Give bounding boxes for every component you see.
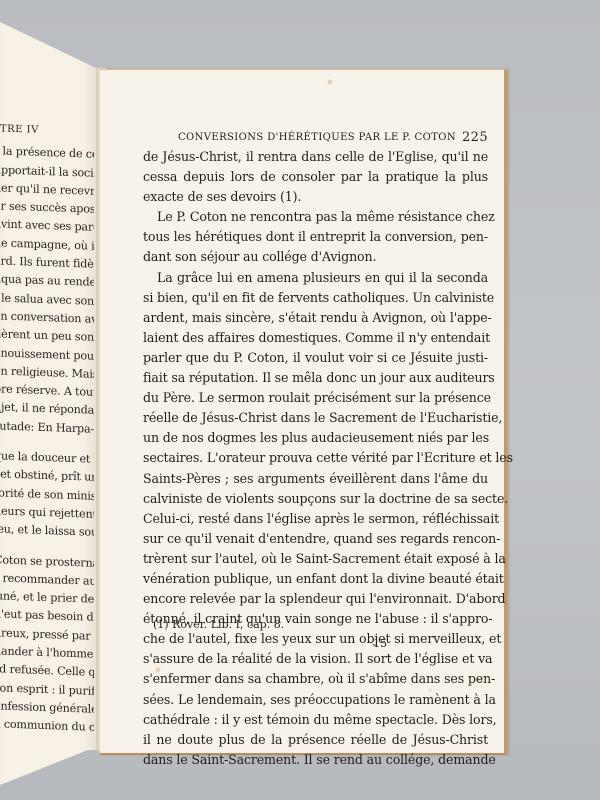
text-line: réelle de Jésus-Christ dans le Sacrement… <box>143 408 488 428</box>
text-line: parler que du P. Coton, il voulut voir s… <box>143 348 488 368</box>
text-line: sectaires. L'orateur prouva cette vérité… <box>143 448 488 468</box>
text-line: sur ce qu'il venait d'entendre, quand se… <box>143 529 488 549</box>
text-line: exacte de ses devoirs (1). <box>143 187 488 207</box>
paragraph: La grâce lui en amena plusieurs en qui i… <box>143 268 488 770</box>
text-line: che de l'autel, fixe les yeux sur un obj… <box>143 629 488 649</box>
text-line: Celui-ci, resté dans l'église après le s… <box>143 509 488 529</box>
left-running-head: TRE IV <box>0 120 94 142</box>
text-line: cessa depuis lors de consoler par la pra… <box>143 167 488 187</box>
left-text-line: utade: En Harpa- <box>0 417 94 439</box>
left-page: TRE IV r la présence de ceuxupportait-il… <box>0 0 100 800</box>
text-line: cathédrale : il y est témoin du même spe… <box>143 710 488 730</box>
text-line: fiait sa réputation. Il se mêla donc un … <box>143 368 488 388</box>
text-line: La grâce lui en amena plusieurs en qui i… <box>143 268 488 288</box>
left-page-text: TRE IV r la présence de ceuxupportait-il… <box>0 120 94 737</box>
running-head: CONVERSIONS D'HÉRÉTIQUES PAR LE P. COTON… <box>143 131 488 147</box>
body-text: de Jésus-Christ, il rentra dans celle de… <box>143 147 488 770</box>
text-line: du Père. Le sermon roulait précisément s… <box>143 388 488 408</box>
left-text-line: a communion du corps <box>0 715 94 737</box>
text-line: dant son séjour au collége d'Avignon. <box>143 247 488 267</box>
signature-mark: 15 <box>373 637 387 650</box>
footnote: (1) Rover. Lib. I, cap. 8. <box>153 618 284 631</box>
text-line: tous les hérétiques dont il entreprit la… <box>143 227 488 247</box>
text-line: s'assure de la réalité de la vision. Il … <box>143 649 488 669</box>
paragraph: Le P. Coton ne rencontra pas la même rés… <box>143 207 488 267</box>
running-head-title: CONVERSIONS D'HÉRÉTIQUES PAR LE P. COTON <box>178 132 456 143</box>
text-line: laient des affaires domestiques. Comme i… <box>143 328 488 348</box>
text-line: Saints-Pères ; ses arguments éveillèrent… <box>143 469 488 489</box>
right-page-content: CONVERSIONS D'HÉRÉTIQUES PAR LE P. COTON… <box>143 131 488 770</box>
text-line: dans le Saint-Sacrement. Il se rend au c… <box>143 750 488 770</box>
text-line: de Jésus-Christ, il rentra dans celle de… <box>143 147 488 167</box>
paragraph: de Jésus-Christ, il rentra dans celle de… <box>143 147 488 207</box>
text-line: calviniste de violents soupçons sur la d… <box>143 489 488 509</box>
text-line: ardent, mais sincère, s'était rendu à Av… <box>143 308 488 328</box>
page-number: 225 <box>462 130 488 145</box>
text-line: encore relevée par la splendeur qui l'en… <box>143 589 488 609</box>
text-line: s'enfermer dans sa chambre, où il s'abîm… <box>143 669 488 689</box>
text-line: sées. Le lendemain, ses préoccupations l… <box>143 690 488 710</box>
text-line: vénération publique, un enfant dont la d… <box>143 569 488 589</box>
text-line: un de nos dogmes les plus audacieusement… <box>143 428 488 448</box>
left-text-line: ieu, et le laissa sous <box>0 520 94 542</box>
text-line: Le P. Coton ne rencontra pas la même rés… <box>143 207 488 227</box>
left-page-lines: r la présence de ceuxupportait-il la soc… <box>0 143 94 738</box>
text-line: il ne doute plus de la présence réelle d… <box>143 730 488 750</box>
text-line: si bien, qu'il en fit de fervents cathol… <box>143 288 488 308</box>
text-line: trèrent sur l'autel, où le Saint-Sacreme… <box>143 549 488 569</box>
